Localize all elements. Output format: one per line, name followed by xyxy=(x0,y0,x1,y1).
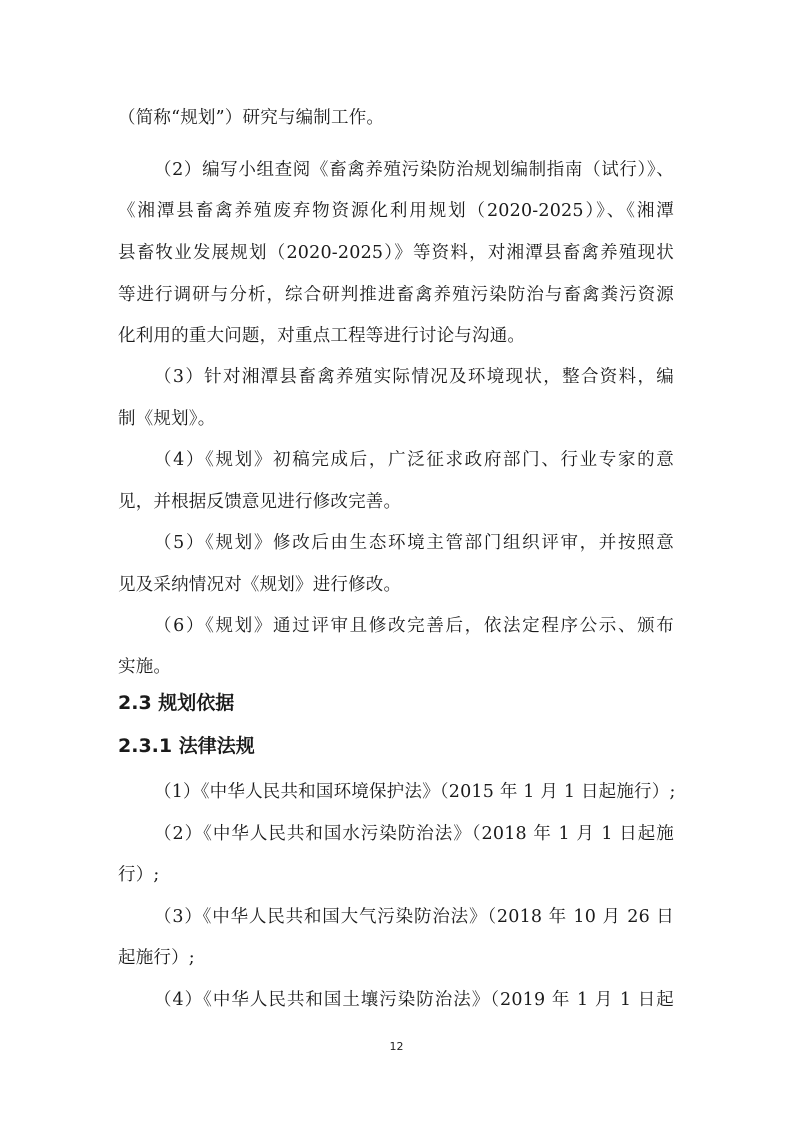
subsection-heading: 2.3.1 法律法规 xyxy=(118,735,255,757)
text-line: （简称“规划”）研究与编制工作。 xyxy=(118,108,674,128)
law-item: （1）《中华人民共和国环境保护法》（2015 年 1 月 1 日起施行）; xyxy=(154,782,674,802)
text-line: 制《规划》。 xyxy=(118,409,674,429)
text-line: 等进行调研与分析，综合研判推进畜禽养殖污染防治与畜禽粪污资源 xyxy=(118,285,674,305)
text-line: （5）《规划》修改后由生态环境主管部门组织评审，并按照意 xyxy=(154,533,674,553)
text-line: 见，并根据反馈意见进行修改完善。 xyxy=(118,492,674,512)
text-line: （4）《规划》初稿完成后，广泛征求政府部门、行业专家的意 xyxy=(154,450,674,470)
document-page: （简称“规划”）研究与编制工作。 （2）编写小组查阅《畜禽养殖污染防治规划编制指… xyxy=(0,0,793,1122)
text-line: （2）编写小组查阅《畜禽养殖污染防治规划编制指南（试行）》、 xyxy=(154,160,674,180)
text-line: （3）针对湘潭县畜禽养殖实际情况及环境现状，整合资料，编 xyxy=(154,367,674,387)
law-item-continuation: 起施行）; xyxy=(118,948,674,968)
text-line: 见及采纳情况对《规划》进行修改。 xyxy=(118,575,674,595)
law-item: （3）《中华人民共和国大气污染防治法》（2018 年 10 月 26 日 xyxy=(154,907,674,927)
page-number: 12 xyxy=(0,1040,793,1053)
text-line: 化利用的重大问题，对重点工程等进行讨论与沟通。 xyxy=(118,326,674,346)
section-heading: 2.3 规划依据 xyxy=(118,692,234,714)
law-item: （4）《中华人民共和国土壤污染防治法》（2019 年 1 月 1 日起 xyxy=(154,990,674,1010)
text-line: 实施。 xyxy=(118,657,674,677)
text-line: 《湘潭县畜禽养殖废弃物资源化利用规划（2020-2025）》、《湘潭 xyxy=(118,201,674,221)
text-line: （6）《规划》通过评审且修改完善后，依法定程序公示、颁布 xyxy=(154,616,674,636)
text-line: 县畜牧业发展规划（2020-2025）》等资料，对湘潭县畜禽养殖现状 xyxy=(118,243,674,263)
law-item-continuation: 行）; xyxy=(118,865,674,885)
law-item: （2）《中华人民共和国水污染防治法》（2018 年 1 月 1 日起施 xyxy=(154,824,674,844)
